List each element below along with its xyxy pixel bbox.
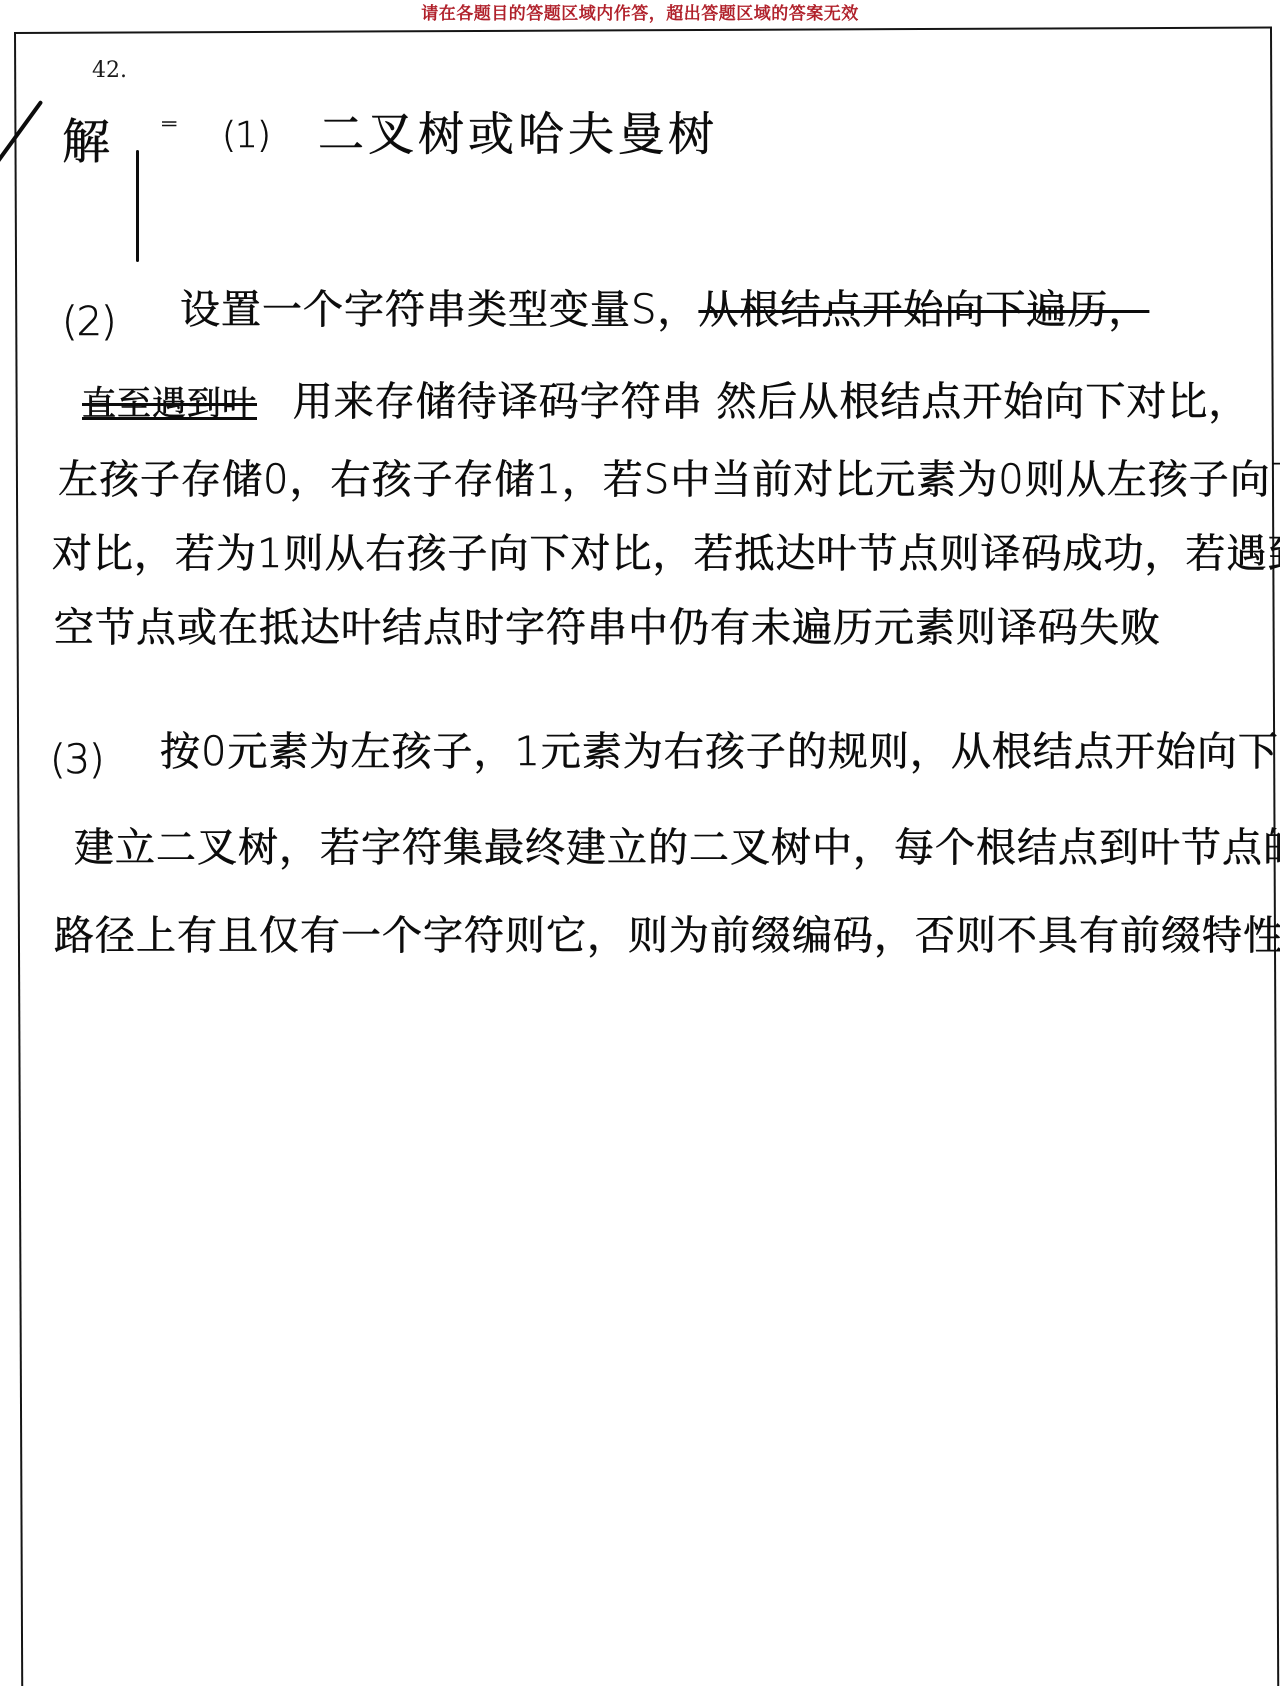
- answer-line: 设置一个字符串类型变量S，从根结点开始向下遍历，: [180, 282, 1149, 338]
- answer-line: 直至遇到叶 用来存储待译码字符串 然后从根结点开始向下对比，: [82, 374, 1249, 432]
- crossed-out-text: 直至遇到叶: [82, 384, 257, 424]
- part-label: (3): [50, 736, 104, 784]
- jie-vertical-stroke: [136, 150, 139, 262]
- crossed-out-text: 从根结点开始向下遍历，: [698, 287, 1149, 333]
- answer-line: 空节点或在抵达叶结点时字符串中仍有未遍历元素则译码失败: [54, 600, 1161, 656]
- answer-line: 二叉树或哈夫曼树: [318, 106, 718, 162]
- answer-area-notice: 请在各题目的答题区域内作答，超出答题区域的答案无效: [0, 2, 1280, 26]
- answer-line: 建立二叉树，若字符集最终建立的二叉树中，每个根结点到叶节点的: [74, 820, 1280, 876]
- answer-line: 按0元素为左孩子，1元素为右孩子的规则，从根结点开始向下: [160, 724, 1279, 780]
- answer-line-text: 设置一个字符串类型变量S，: [180, 287, 698, 333]
- answer-line: 对比，若为1则从右孩子向下对比，若抵达叶节点则译码成功，若遇到: [52, 526, 1280, 582]
- answer-line-text: 用来存储待译码字符串 然后从根结点开始向下对比，: [293, 379, 1250, 425]
- answer-label-colon: =: [160, 112, 178, 137]
- part-label: (1): [222, 112, 270, 160]
- part-label: (2): [62, 298, 116, 346]
- answer-line: 左孩子存储0，右孩子存储1，若S中当前对比元素为0则从左孩子向下: [58, 452, 1280, 508]
- answer-line: 路径上有且仅有一个字符则它，则为前缀编码，否则不具有前缀特性: [54, 908, 1280, 964]
- question-number: 42.: [92, 58, 127, 83]
- answer-label-jie: 解: [62, 112, 110, 172]
